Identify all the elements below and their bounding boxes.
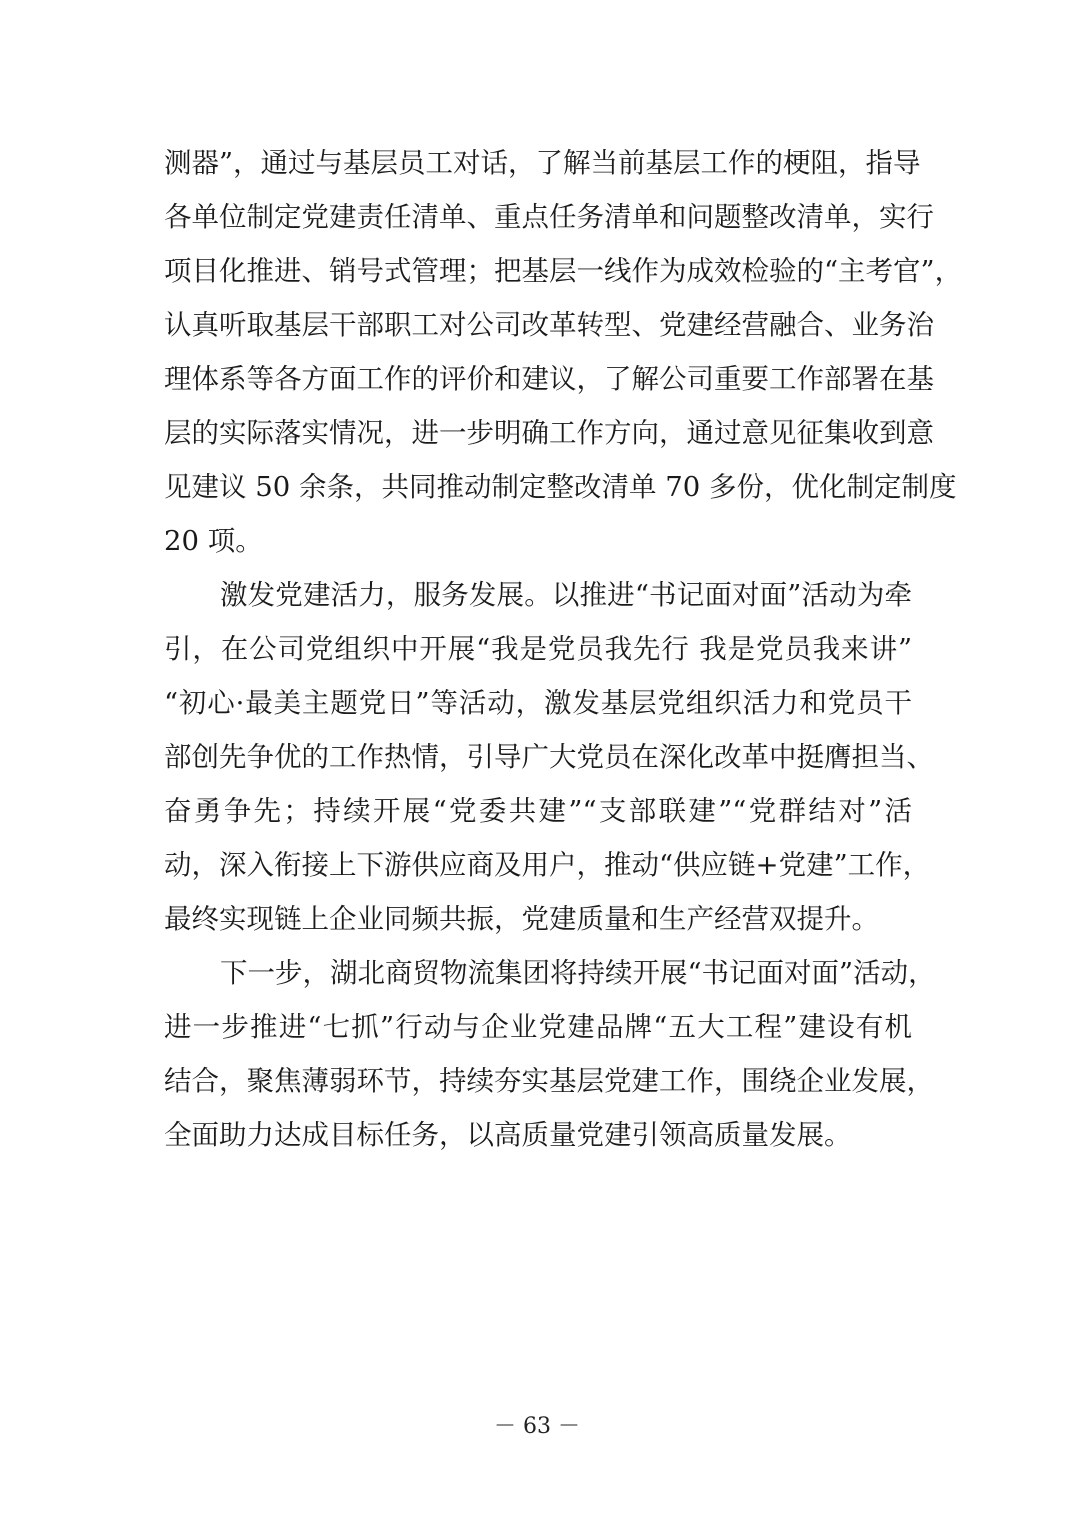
text-line: 引，在公司党组织中开展“我是党员我先行 我是党员我来讲” <box>164 622 912 676</box>
text-line: 见建议 50 余条，共同推动制定整改清单 70 多份，优化制定制度 <box>164 460 912 514</box>
text-line: 最终实现链上企业同频共振，党建质量和生产经营双提升。 <box>164 892 912 946</box>
body-text: 测器”，通过与基层员工对话，了解当前基层工作的梗阻，指导 各单位制定党建责任清单… <box>164 136 912 1162</box>
page-number: － 63 － <box>0 1412 1074 1442</box>
text-line: 激发党建活力，服务发展。以推进“书记面对面”活动为牵 <box>164 568 912 622</box>
text-line: 各单位制定党建责任清单、重点任务清单和问题整改清单，实行 <box>164 190 912 244</box>
text-line: 下一步，湖北商贸物流集团将持续开展“书记面对面”活动， <box>164 946 912 1000</box>
text-line: 层的实际落实情况，进一步明确工作方向，通过意见征集收到意 <box>164 406 912 460</box>
text-line: 进一步推进“七抓”行动与企业党建品牌“五大工程”建设有机 <box>164 1000 912 1054</box>
text-line: 动，深入衔接上下游供应商及用户，推动“供应链+党建”工作， <box>164 838 912 892</box>
text-line: 20 项。 <box>164 514 912 568</box>
document-page: 测器”，通过与基层员工对话，了解当前基层工作的梗阻，指导 各单位制定党建责任清单… <box>0 0 1074 1520</box>
text-line: 测器”，通过与基层员工对话，了解当前基层工作的梗阻，指导 <box>164 136 912 190</box>
text-line: 认真听取基层干部职工对公司改革转型、党建经营融合、业务治 <box>164 298 912 352</box>
text-line: 结合，聚焦薄弱环节，持续夯实基层党建工作，围绕企业发展， <box>164 1054 912 1108</box>
text-line: 理体系等各方面工作的评价和建议，了解公司重要工作部署在基 <box>164 352 912 406</box>
text-line: 部创先争优的工作热情，引导广大党员在深化改革中挺膺担当、 <box>164 730 912 784</box>
text-line: 全面助力达成目标任务，以高质量党建引领高质量发展。 <box>164 1108 912 1162</box>
text-line: 项目化推进、销号式管理；把基层一线作为成效检验的“主考官”， <box>164 244 912 298</box>
text-line: “初心·最美主题党日”等活动，激发基层党组织活力和党员干 <box>164 676 912 730</box>
paragraph-1: 测器”，通过与基层员工对话，了解当前基层工作的梗阻，指导 各单位制定党建责任清单… <box>164 136 912 568</box>
text-line: 奋勇争先；持续开展“党委共建”“支部联建”“党群结对”活 <box>164 784 912 838</box>
paragraph-2: 激发党建活力，服务发展。以推进“书记面对面”活动为牵 引，在公司党组织中开展“我… <box>164 568 912 946</box>
paragraph-3: 下一步，湖北商贸物流集团将持续开展“书记面对面”活动， 进一步推进“七抓”行动与… <box>164 946 912 1162</box>
